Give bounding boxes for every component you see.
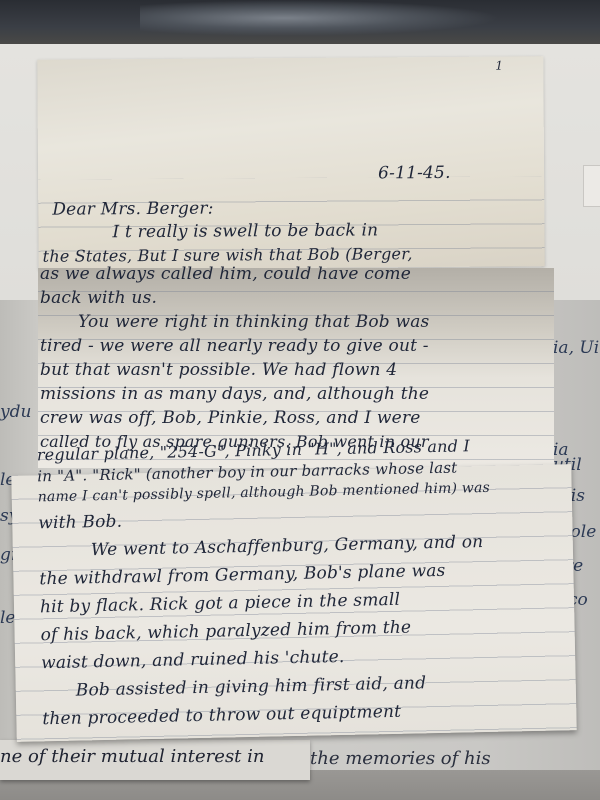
edge-card [583, 165, 600, 207]
letter-line: but that wasn't possible. We had flown 4 [40, 360, 397, 380]
letter-line: missions in as many days, and, although … [40, 384, 429, 404]
letter-line: the States, But I sure wish that Bob (Be… [43, 244, 413, 266]
letter-line: as we always called him, could have come [40, 264, 411, 284]
letter-date: 6-11-45. [378, 163, 451, 184]
bg-fragment: ia, Ui [553, 338, 599, 358]
letter-fold-panel: as we always called him, could have come… [38, 268, 554, 468]
page-number: 1 [495, 59, 503, 73]
letter-line: tired - we were all nearly ready to give… [40, 336, 429, 356]
bottom-left-text: ne of their mutual interest in [0, 746, 264, 767]
background-photograph [0, 0, 600, 46]
salutation: Dear Mrs. Berger: [52, 199, 213, 220]
letter-line: You were right in thinking that Bob was [78, 312, 429, 332]
letter-bottom-panel: regular plane, "254-G", Pinky in "H", an… [11, 464, 576, 742]
bottom-letter-strip: ne of their mutual interest in [0, 740, 310, 780]
letter-top-panel: 1 6-11-45. Dear Mrs. Berger: I t really … [37, 56, 544, 270]
letter-line: with Bob. [38, 512, 122, 534]
letter-line: I t really is swell to be back in [112, 220, 378, 242]
letter-line: back with us. [40, 288, 157, 308]
bottom-right-text: the memories of his [310, 748, 491, 769]
bg-fragment: ydu [0, 402, 31, 422]
letter-line: crew was off, Bob, Pinkie, Ross, and I w… [40, 408, 421, 428]
